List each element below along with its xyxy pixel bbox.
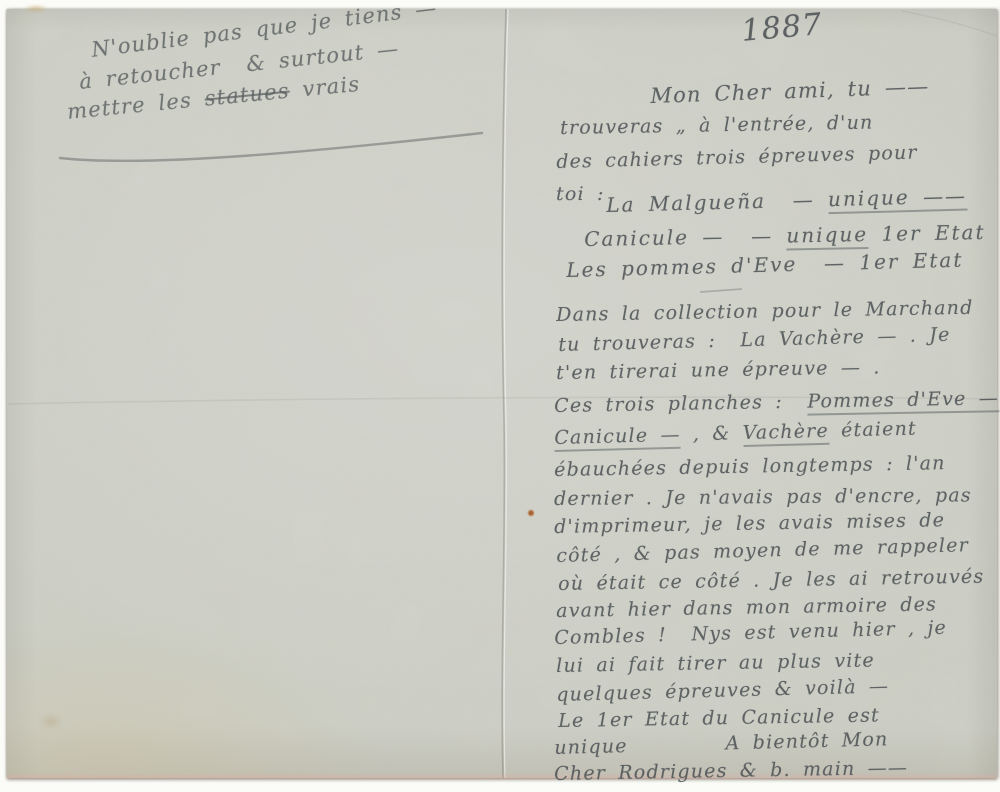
scanned-letter-page: 1887 N'oublie pas que je tiens — à retou… — [0, 0, 1000, 792]
letter-text: Canicule — — — [584, 223, 787, 251]
underlined-text: unique —— — [828, 184, 968, 215]
letter-text: Ces trois planches : — [554, 391, 808, 417]
letter-text: , & — [680, 422, 743, 446]
letter-text: 1er Etat — [868, 220, 986, 246]
letter-line: toi : — [556, 183, 605, 205]
letter-text: étaient — [829, 418, 918, 442]
year-annotation: 1887 — [740, 7, 824, 49]
underlined-text: Pommes d'Eve — — [807, 387, 999, 415]
underlined-text: unique — [786, 222, 868, 250]
underlined-text: Vachère — [742, 420, 829, 447]
underlined-text: Canicule — — [554, 424, 681, 452]
letter-line: dernier . Je n'avais pas d'encre, pas — [554, 484, 972, 510]
